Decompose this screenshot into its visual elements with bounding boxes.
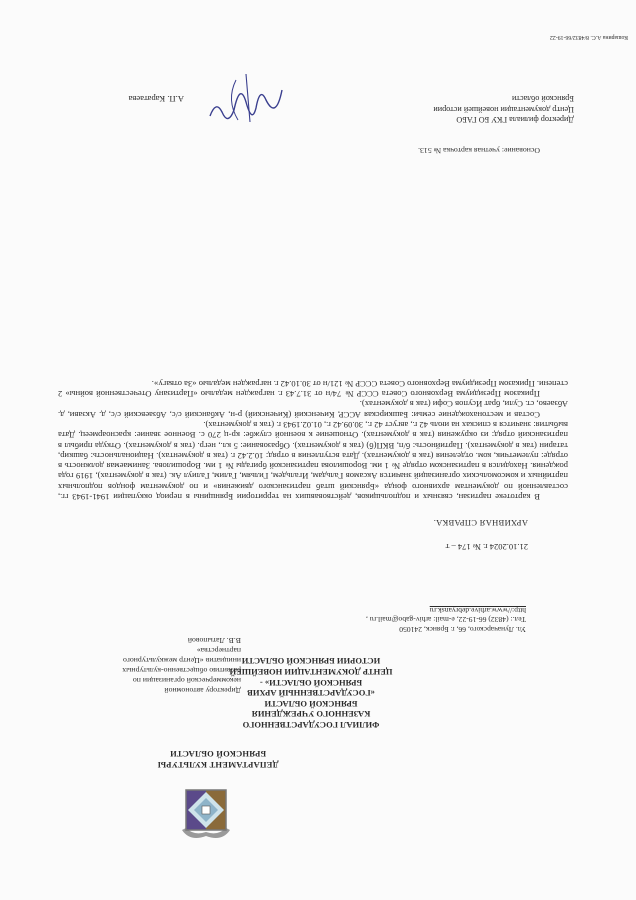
- branch-heading: ФИЛИАЛ ГОСУДАРСТВЕННОГО КАЗЕННОГО УЧРЕЖД…: [216, 656, 406, 730]
- reference-number: 21.10.2024 г. № 174 – т: [446, 542, 528, 552]
- department-heading: ДЕПАРТАМЕНТ КУЛЬТУРЫ БРЯНСКОЙ ОБЛАСТИ: [128, 748, 308, 770]
- basis-note: Основание: учетная карточка № 513.: [418, 146, 540, 155]
- archival-certificate-page: ДЕПАРТАМЕНТ КУЛЬТУРЫ БРЯНСКОЙ ОБЛАСТИ ФИ…: [0, 0, 636, 900]
- signer-name: А.П. Каратаева: [129, 94, 184, 104]
- certificate-body: В картотеке партизан, связных и подпольщ…: [58, 378, 568, 502]
- document-title: АРХИВНАЯ СПРАВКА.: [433, 518, 528, 528]
- body-paragraph: В картотеке партизан, связных и подпольщ…: [58, 420, 568, 502]
- body-paragraph: Приказом Президиума Верховного Совета СС…: [58, 378, 568, 399]
- bryansk-region-coat-of-arms-icon: [176, 786, 236, 844]
- website-link[interactable]: http://www.arhive.debryansk.ru: [296, 605, 526, 615]
- handwritten-signature-icon: [206, 70, 286, 130]
- signer-title: Директор филиала ГКУ БО ГАБО Центр докум…: [334, 93, 574, 124]
- recipient-block: Директору автономной некоммерческой орга…: [51, 635, 241, 695]
- executor-contact: Кошарина А.С. 8/4832/66-19-22: [550, 34, 628, 40]
- body-paragraph: Состав и местонахождение семьи: Башкирск…: [58, 399, 568, 420]
- contact-address: Ул. Луначарского, 66, г. Брянск, 241050 …: [296, 605, 526, 634]
